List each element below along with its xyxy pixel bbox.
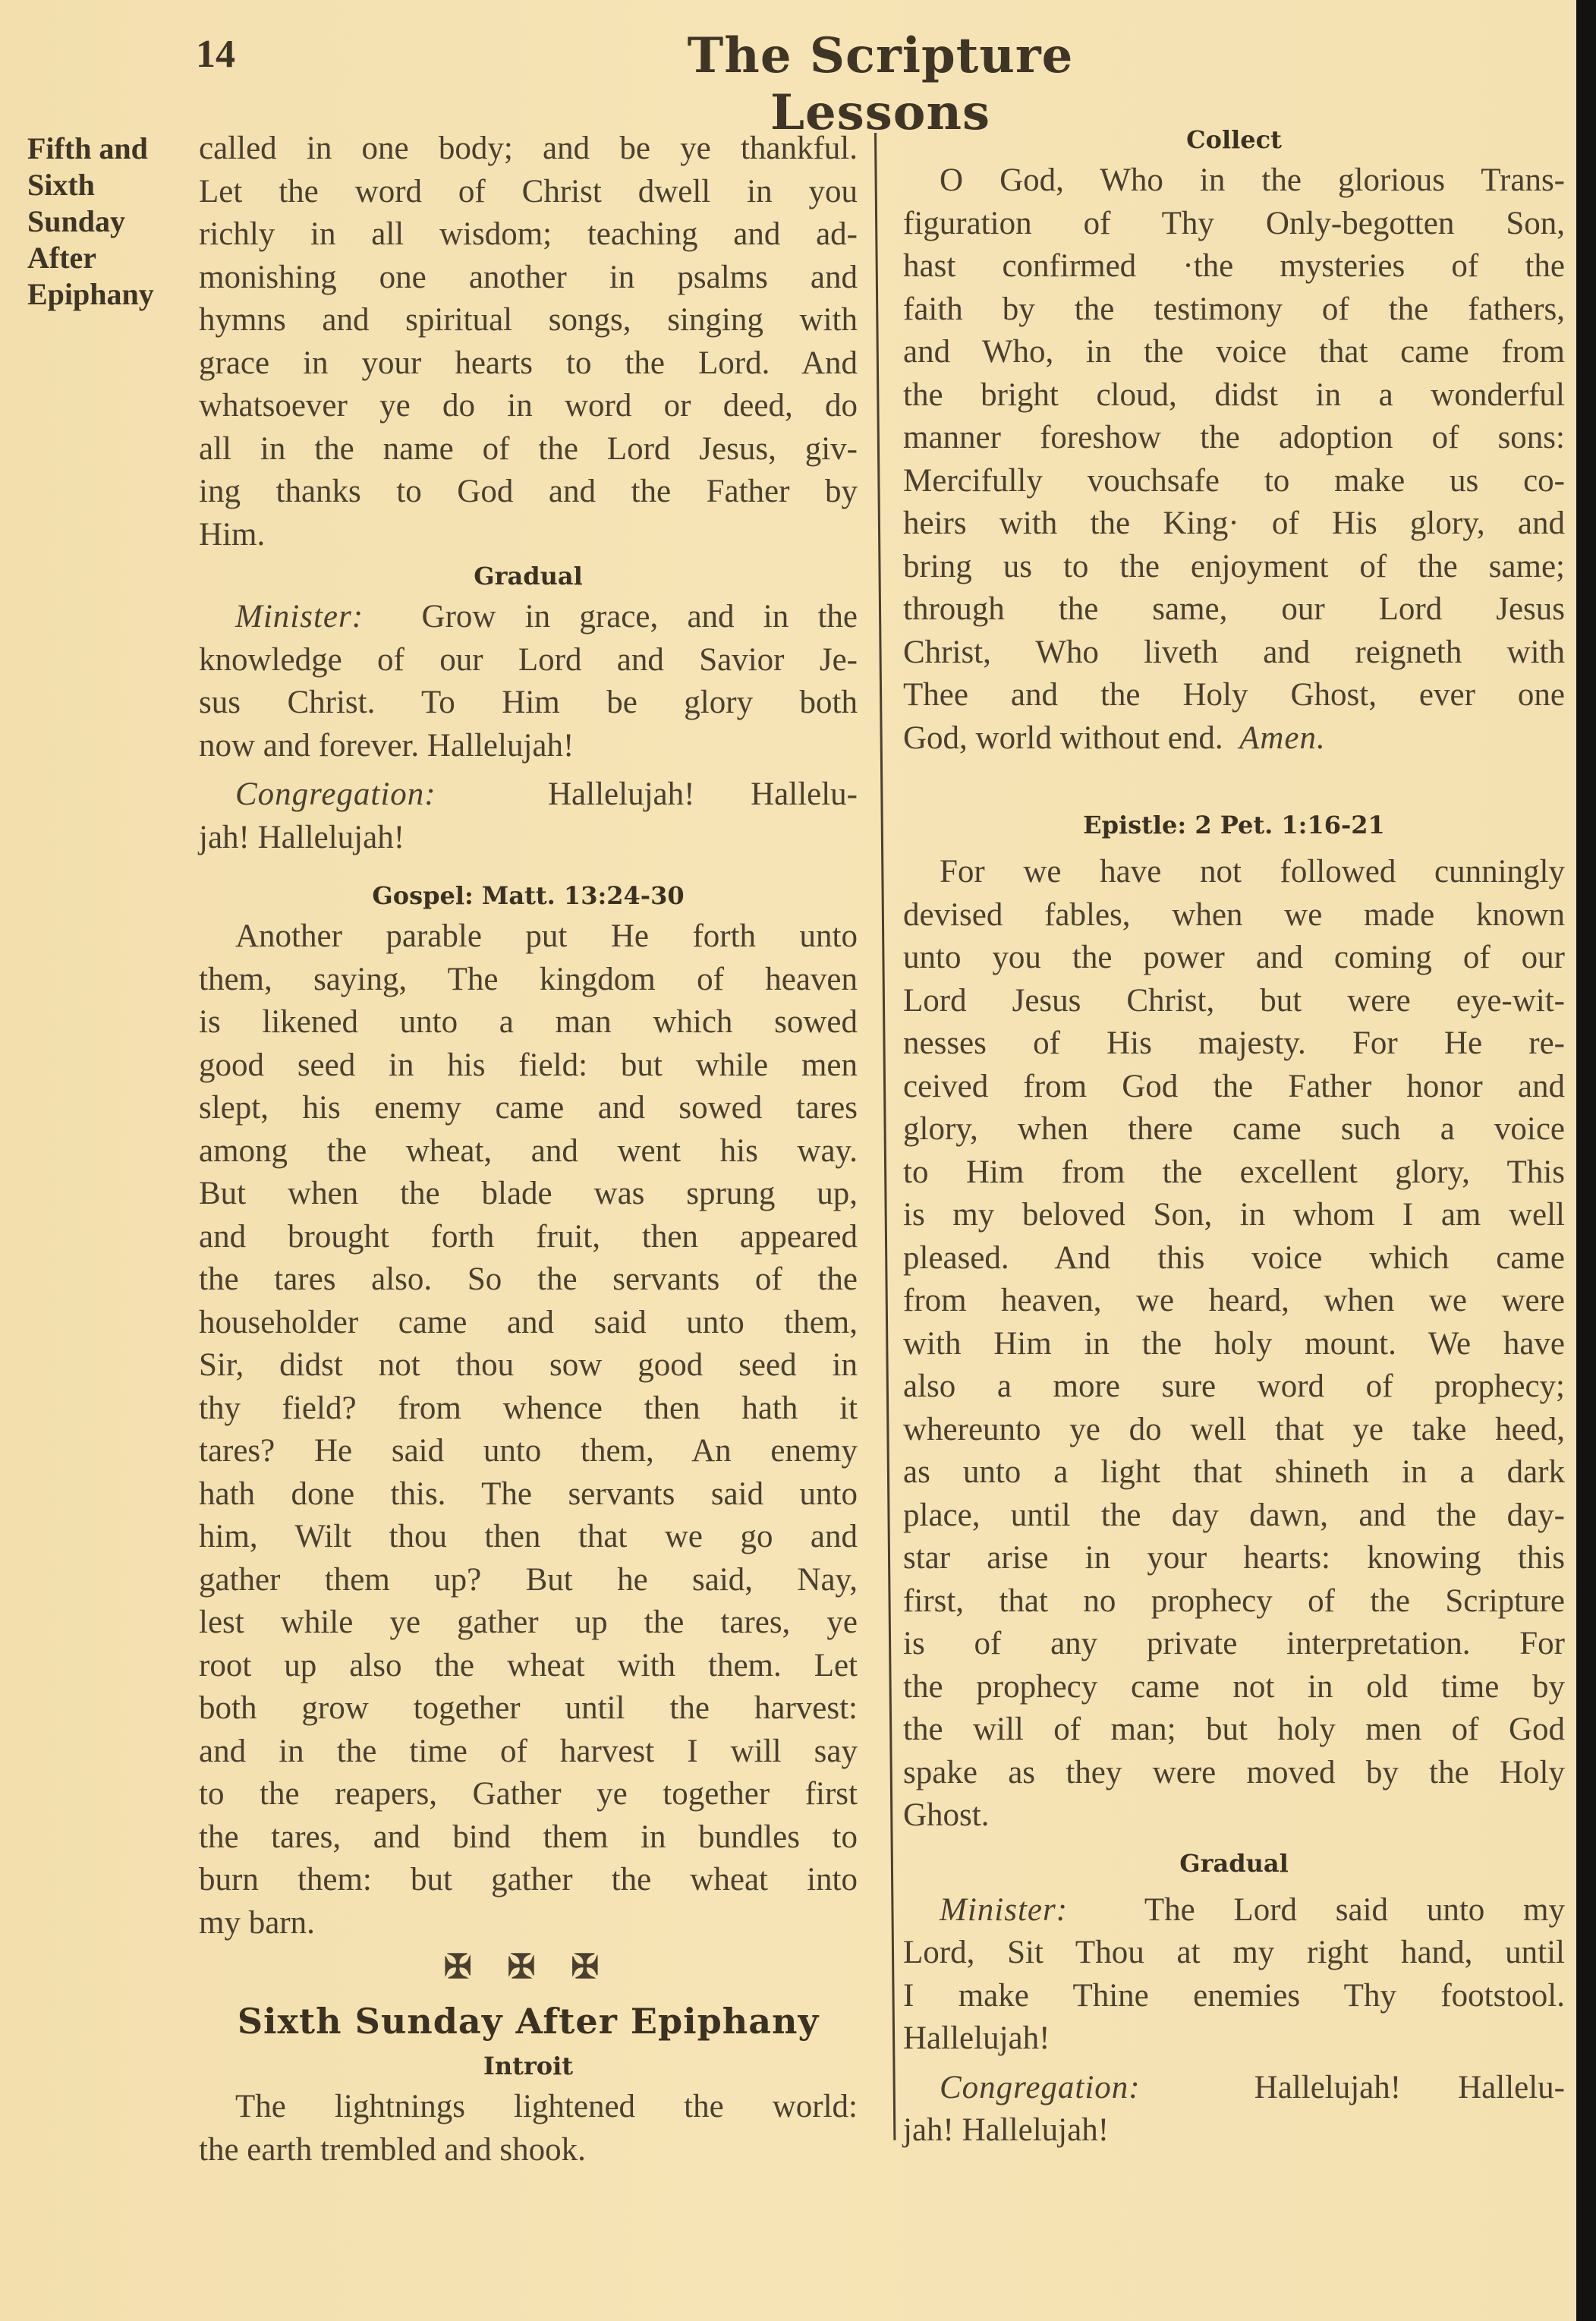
page-edge-shadow xyxy=(1576,0,1596,2321)
text-line: ing thanks to God and the Father by xyxy=(199,471,858,514)
text-line: pleased. And this voice which came xyxy=(903,1237,1565,1280)
text-line: But when the blade was sprung up, xyxy=(199,1173,858,1216)
text-line: Minister: The Lord said unto my xyxy=(903,1889,1565,1932)
section-heading-gradual: Gradual xyxy=(199,556,858,596)
text-line: jah! Hallelujah! xyxy=(199,817,858,860)
text-line: is my beloved Son, in whom I am well xyxy=(903,1194,1565,1237)
section-heading-gospel: Gospel: Matt. 13:24-30 xyxy=(199,876,858,915)
text-line: both grow together until the harvest: xyxy=(199,1687,858,1731)
text-line: For we have not followed cunningly xyxy=(903,851,1565,894)
section-title-sixth-sunday: Sixth Sunday After Epiphany xyxy=(199,1996,858,2046)
text-line: Congregation: Hallelujah! Hallelu- xyxy=(903,2067,1565,2110)
margin-note-line: Sixth xyxy=(27,167,187,203)
text-line: whatsoever ye do in word or deed, do xyxy=(199,385,858,428)
text-line: O God, Who in the glorious Trans- xyxy=(903,159,1565,203)
text-line: devised fables, when we made known xyxy=(903,894,1565,937)
text-line: and in the time of harvest I will say xyxy=(199,1731,858,1774)
text-line: Ghost. xyxy=(903,1794,1565,1838)
text-line: faith by the testimony of the fathers, xyxy=(903,288,1565,332)
text-line: unto you the power and coming of our xyxy=(903,937,1565,980)
right-column: Collect O God, Who in the glorious Trans… xyxy=(903,120,1565,2153)
text-line: the tares, and bind them in bundles to xyxy=(199,1816,858,1860)
section-heading-introit: Introit xyxy=(199,2046,858,2086)
text-line: Minister: Grow in grace, and in the xyxy=(199,596,858,639)
text-line: is of any private interpretation. For xyxy=(903,1623,1565,1666)
text-line: as unto a light that shineth in a dark xyxy=(903,1451,1565,1494)
text-line: now and forever. Hallelujah! xyxy=(199,725,858,768)
text-line: monishing one another in psalms and xyxy=(199,257,858,300)
text-line: knowledge of our Lord and Savior Je- xyxy=(199,639,858,682)
text-line: grace in your hearts to the Lord. And xyxy=(199,342,858,386)
text-line: Thee and the Holy Ghost, ever one xyxy=(903,674,1565,717)
text-line: him, Wilt thou then that we go and xyxy=(199,1516,858,1559)
text-line: the bright cloud, didst in a wonderful xyxy=(903,374,1565,417)
speaker-label-congregation: Congregation: xyxy=(940,2070,1141,2105)
text-line: them, saying, The kingdom of heaven xyxy=(199,959,858,1002)
cross-ornament-icon: ✠ ✠ ✠ xyxy=(199,1945,858,1990)
margin-note-line: Sunday xyxy=(27,203,187,240)
text-line: Hallelujah! xyxy=(903,2017,1565,2061)
text-line: first, that no prophecy of the Scripture xyxy=(903,1580,1565,1623)
text-line: and Who, in the voice that came from xyxy=(903,331,1565,374)
text-line: Lord, Sit Thou at my right hand, until xyxy=(903,1932,1565,1975)
text-line: hast confirmed ·the mysteries of the xyxy=(903,245,1565,288)
text-line: the earth trembled and shook. xyxy=(199,2129,858,2172)
text-line: place, until the day dawn, and the day- xyxy=(903,1494,1565,1538)
text-line: through the same, our Lord Jesus xyxy=(903,588,1565,631)
page-number: 14 xyxy=(196,32,235,77)
text-line: good seed in his field: but while men xyxy=(199,1044,858,1088)
text-line: manner foreshow the adoption of sons: xyxy=(903,417,1565,460)
text-line: gather them up? But he said, Nay, xyxy=(199,1559,858,1602)
epistle-continuation: called in one body; and be ye thankful. … xyxy=(199,128,858,556)
text-line: is likened unto a man which sowed xyxy=(199,1001,858,1044)
text-line: all in the name of the Lord Jesus, giv- xyxy=(199,428,858,471)
text-line: my barn. xyxy=(199,1902,858,1945)
collect-section: Collect O God, Who in the glorious Trans… xyxy=(903,120,1565,760)
text-line: Congregation: Hallelujah! Hallelu- xyxy=(199,773,858,817)
section-heading-collect: Collect xyxy=(903,120,1565,159)
margin-note: Fifth and Sixth Sunday After Epiphany xyxy=(27,131,187,313)
text-line: The lightnings lightened the world: xyxy=(199,2086,858,2129)
text-line: thy field? from whence then hath it xyxy=(199,1387,858,1431)
text-line: hath done this. The servants said unto xyxy=(199,1473,858,1516)
text-line: burn them: but gather the wheat into xyxy=(199,1859,858,1902)
text-line: star arise in your hearts: knowing this xyxy=(903,1537,1565,1580)
text-line: Let the word of Christ dwell in you xyxy=(199,171,858,214)
margin-note-line: Epiphany xyxy=(27,276,187,313)
text-line: tares? He said unto them, An enemy xyxy=(199,1430,858,1473)
text-line: whereunto ye do well that ye take heed, xyxy=(903,1409,1565,1452)
text-line: Mercifully vouchsafe to make us co- xyxy=(903,460,1565,503)
text-line: God, world without end. Amen. xyxy=(903,717,1565,761)
text-line: nesses of His majesty. For He re- xyxy=(903,1022,1565,1066)
text-line: Christ, Who liveth and reigneth with xyxy=(903,631,1565,675)
text-line: to Him from the excellent glory, This xyxy=(903,1151,1565,1195)
text-line: lest while ye gather up the tares, ye xyxy=(199,1601,858,1645)
amen-text: Amen. xyxy=(1239,720,1326,756)
text-line: bring us to the enjoyment of the same; xyxy=(903,546,1565,589)
section-heading-gradual: Gradual xyxy=(903,1844,1565,1883)
speaker-label-congregation: Congregation: xyxy=(235,776,436,812)
text-line: with Him in the holy mount. We have xyxy=(903,1323,1565,1366)
section-heading-epistle: Epistle: 2 Pet. 1:16-21 xyxy=(903,805,1565,845)
speaker-label-minister: Minister: xyxy=(235,599,364,635)
text-line: I make Thine enemies Thy footstool. xyxy=(903,1975,1565,2018)
epistle-section: Epistle: 2 Pet. 1:16-21 For we have not … xyxy=(903,805,1565,1838)
left-column: called in one body; and be ye thankful. … xyxy=(199,128,858,2171)
text-line: ceived from God the Father honor and xyxy=(903,1066,1565,1109)
text-line: Him. xyxy=(199,514,858,557)
text-line: glory, when there came such a voice xyxy=(903,1108,1565,1151)
text-line: householder came and said unto them, xyxy=(199,1302,858,1345)
text-line: spake as they were moved by the Holy xyxy=(903,1752,1565,1795)
text-line: sus Christ. To Him be glory both xyxy=(199,682,858,725)
text-line: among the wheat, and went his way. xyxy=(199,1130,858,1173)
gospel-section: Gospel: Matt. 13:24-30 Another parable p… xyxy=(199,876,858,1945)
text-line: hymns and spiritual songs, singing with xyxy=(199,299,858,342)
text-line: to the reapers, Gather ye together first xyxy=(199,1773,858,1816)
text-line: also a more sure word of prophecy; xyxy=(903,1365,1565,1409)
gradual-section: Gradual Minister: Grow in grace, and in … xyxy=(199,556,858,859)
sixth-sunday-section: Sixth Sunday After Epiphany Introit The … xyxy=(199,1996,858,2171)
text-line: from heaven, we heard, when we were xyxy=(903,1280,1565,1323)
text-line: the prophecy came not in old time by xyxy=(903,1666,1565,1709)
text-line: Lord Jesus Christ, but were eye-wit- xyxy=(903,980,1565,1023)
text-line: called in one body; and be ye thankful. xyxy=(199,128,858,171)
text-line: the will of man; but holy men of God xyxy=(903,1708,1565,1752)
text-line: figuration of Thy Only-begotten Son, xyxy=(903,203,1565,246)
text-line: Another parable put He forth unto xyxy=(199,915,858,959)
text-line: the tares also. So the servants of the xyxy=(199,1258,858,1302)
text-line: heirs with the King· of His glory, and xyxy=(903,502,1565,546)
text-line: richly in all wisdom; teaching and ad- xyxy=(199,213,858,257)
gradual-section: Gradual Minister: The Lord said unto my … xyxy=(903,1844,1565,2153)
margin-note-line: After xyxy=(27,240,187,276)
speaker-label-minister: Minister: xyxy=(940,1892,1068,1928)
text-line: jah! Hallelujah! xyxy=(903,2109,1565,2153)
text-line: and brought forth fruit, then appeared xyxy=(199,1216,858,1259)
text-line: slept, his enemy came and sowed tares xyxy=(199,1087,858,1130)
text-line: Sir, didst not thou sow good seed in xyxy=(199,1344,858,1387)
text-line: root up also the wheat with them. Let xyxy=(199,1645,858,1688)
margin-note-line: Fifth and xyxy=(27,131,187,167)
